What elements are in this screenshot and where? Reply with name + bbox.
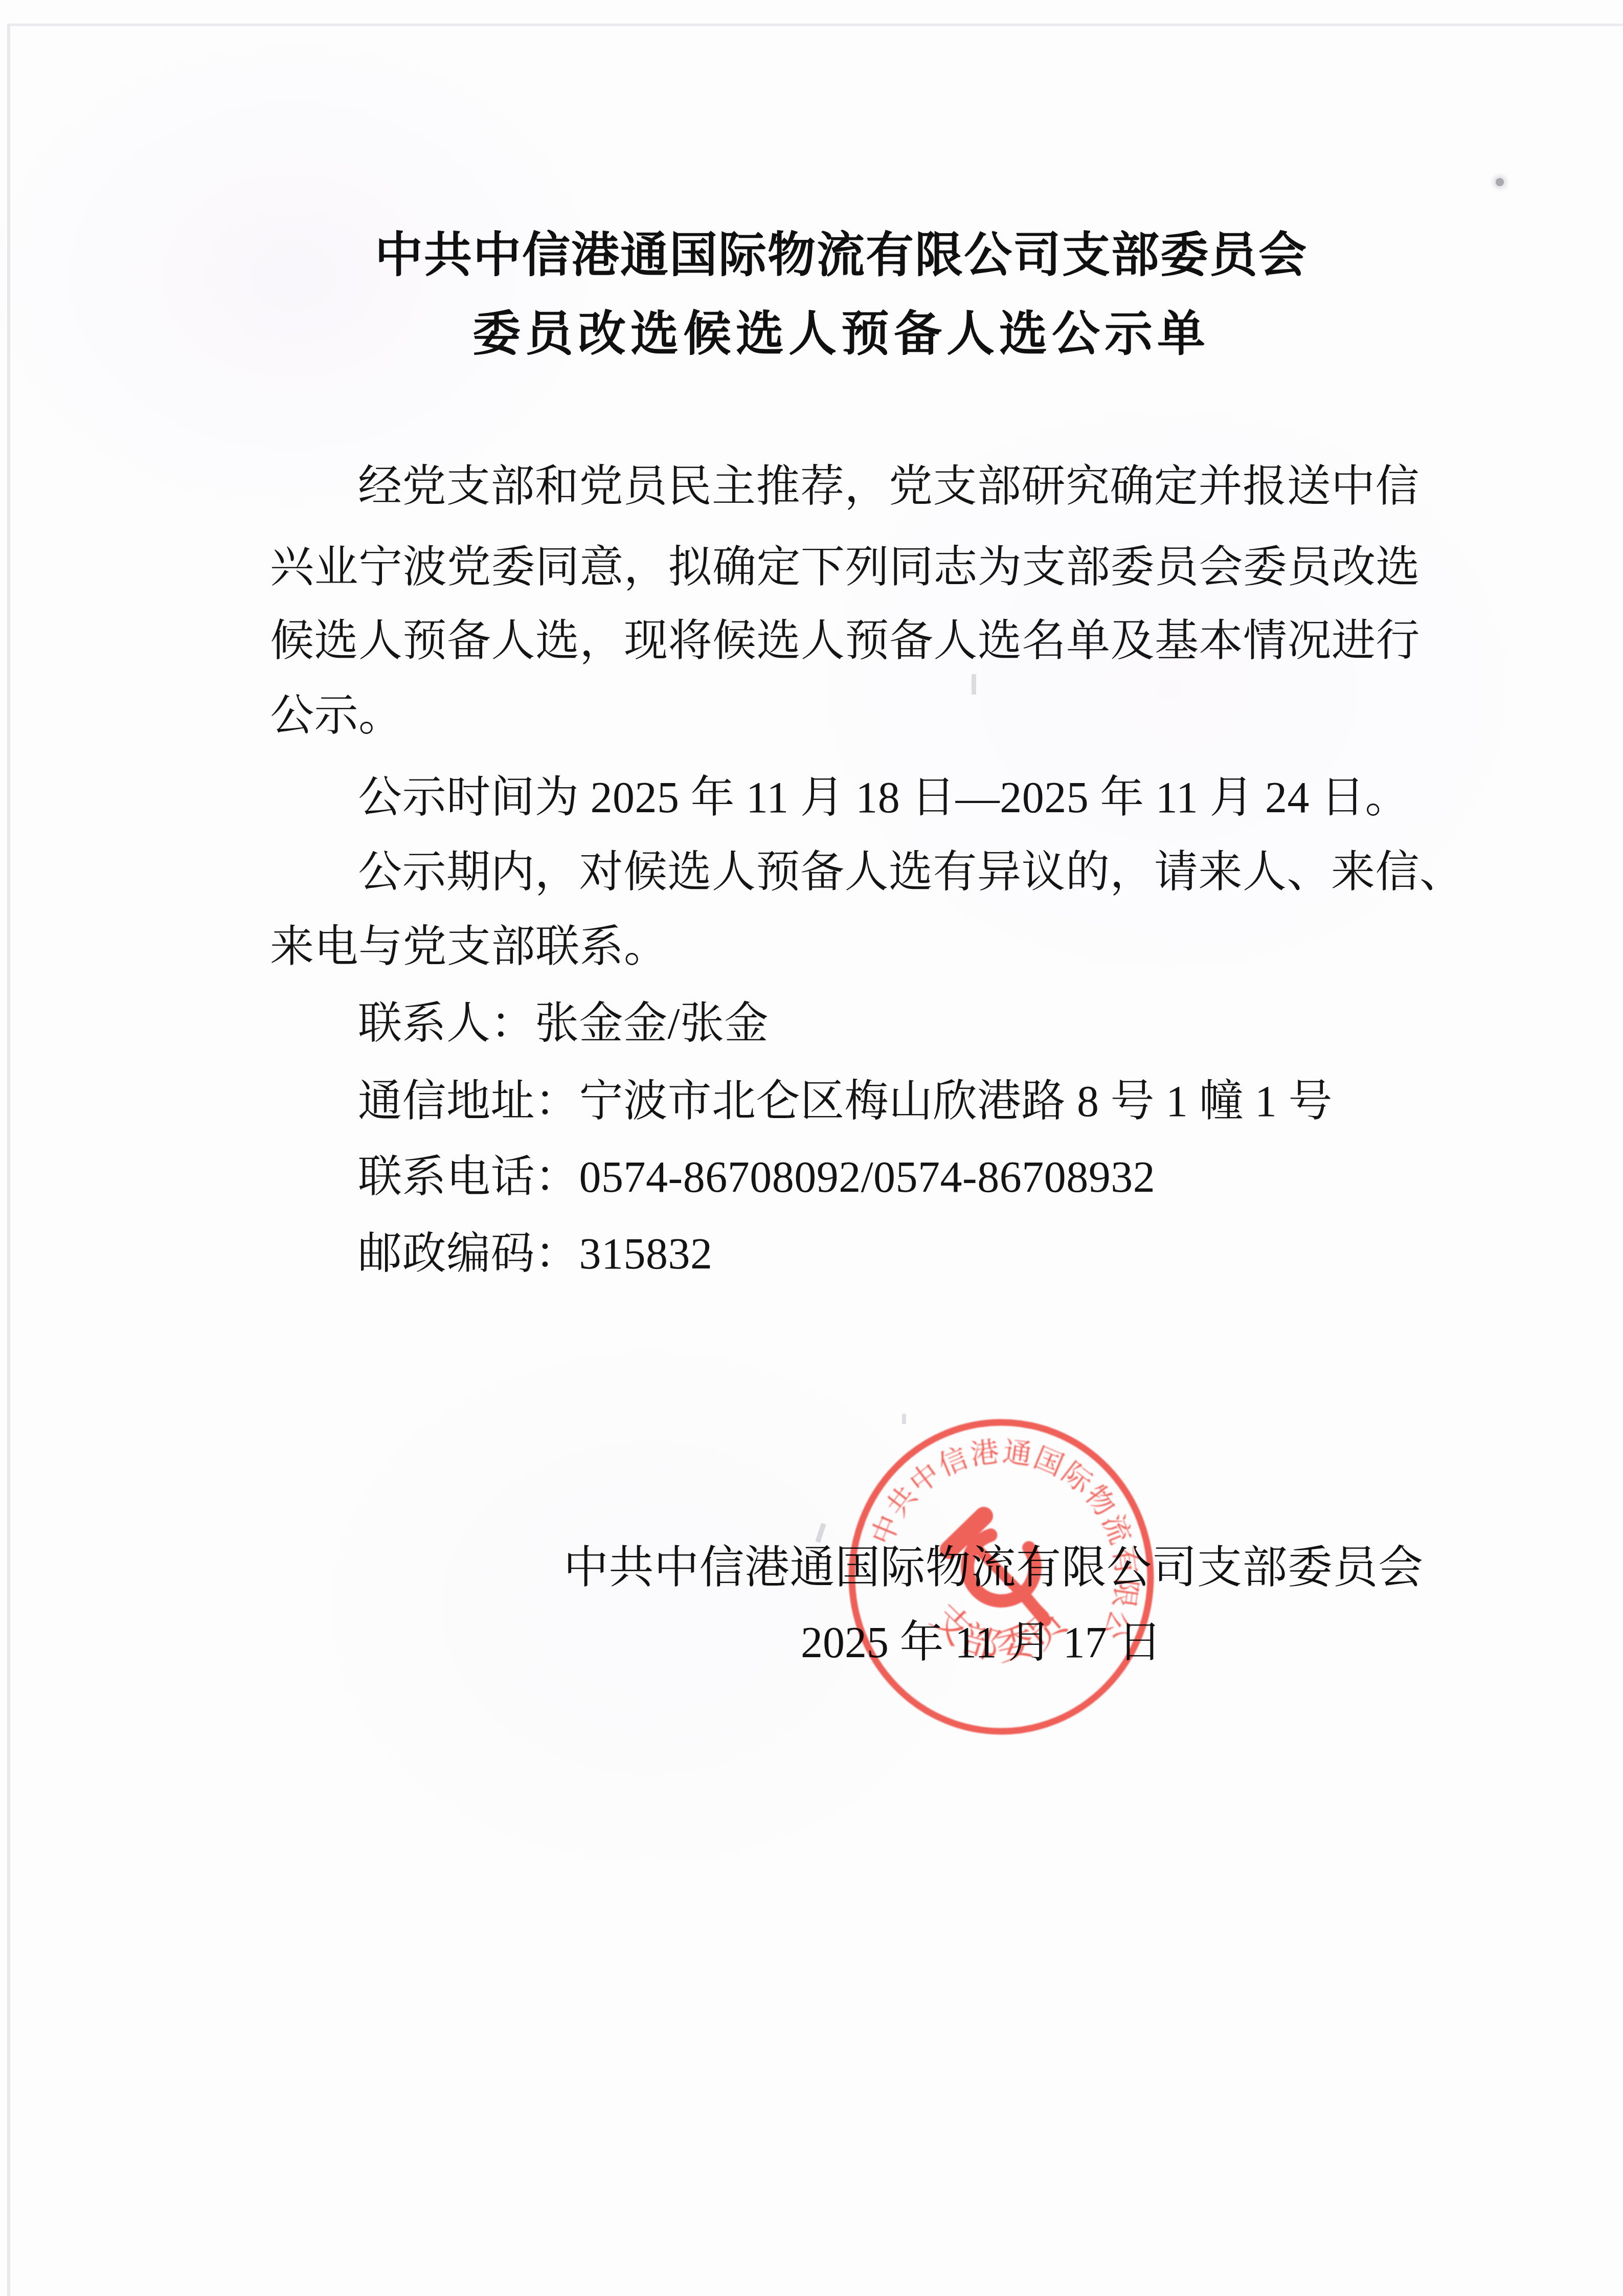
- body-line: 候选人预备人选，现将候选人预备人选名单及基本情况进行: [270, 619, 1420, 663]
- publicity-period-line: 公示时间为 2025 年 11 月 18 日—2025 年 11 月 24 日。: [358, 775, 1409, 819]
- body-line: 兴业宁波党委同意，拟确定下列同志为支部委员会委员改选: [270, 545, 1420, 589]
- scan-dash-artifact: [902, 1414, 906, 1424]
- signature-date: 2025 年 11 月 17 日: [801, 1620, 1162, 1664]
- signature-org: 中共中信港通国际物流有限公司支部委员会: [563, 1546, 1424, 1591]
- scan-left-edge-line: [7, 24, 10, 2296]
- contact-person-line: 联系人：张金金/张金: [358, 1001, 769, 1045]
- document-title-line-2: 委员改选候选人预备人选公示单: [256, 310, 1427, 358]
- body-line: 经党支部和党员民主推荐，党支部研究确定并报送中信: [358, 464, 1419, 508]
- contact-phone-line: 联系电话：0574-86708092/0574-86708932: [358, 1155, 1155, 1199]
- postal-code-line: 邮政编码：315832: [358, 1232, 713, 1276]
- body-line: 公示期内，对候选人预备人选有异议的，请来人、来信、: [358, 850, 1464, 894]
- body-line: 公示。: [270, 694, 403, 738]
- document-title-line-1: 中共中信港通国际物流有限公司支部委员会: [256, 231, 1427, 279]
- contact-address-line: 通信地址：宁波市北仑区梅山欣港路 8 号 1 幢 1 号: [358, 1079, 1333, 1123]
- scan-top-edge-line: [7, 24, 1623, 26]
- scan-dot-artifact: [1496, 178, 1504, 186]
- scan-dash-artifact: [815, 1523, 826, 1543]
- scanned-document-page: 中共中信港通国际物流有限公司支部委员会 委员改选候选人预备人选公示单 经党支部和…: [0, 0, 1623, 2296]
- body-line: 来电与党支部联系。: [270, 925, 668, 969]
- scan-dash-artifact: [972, 674, 976, 695]
- stamp-ring-text: 中共中信港通国际物流有限公司: [844, 1415, 1143, 1646]
